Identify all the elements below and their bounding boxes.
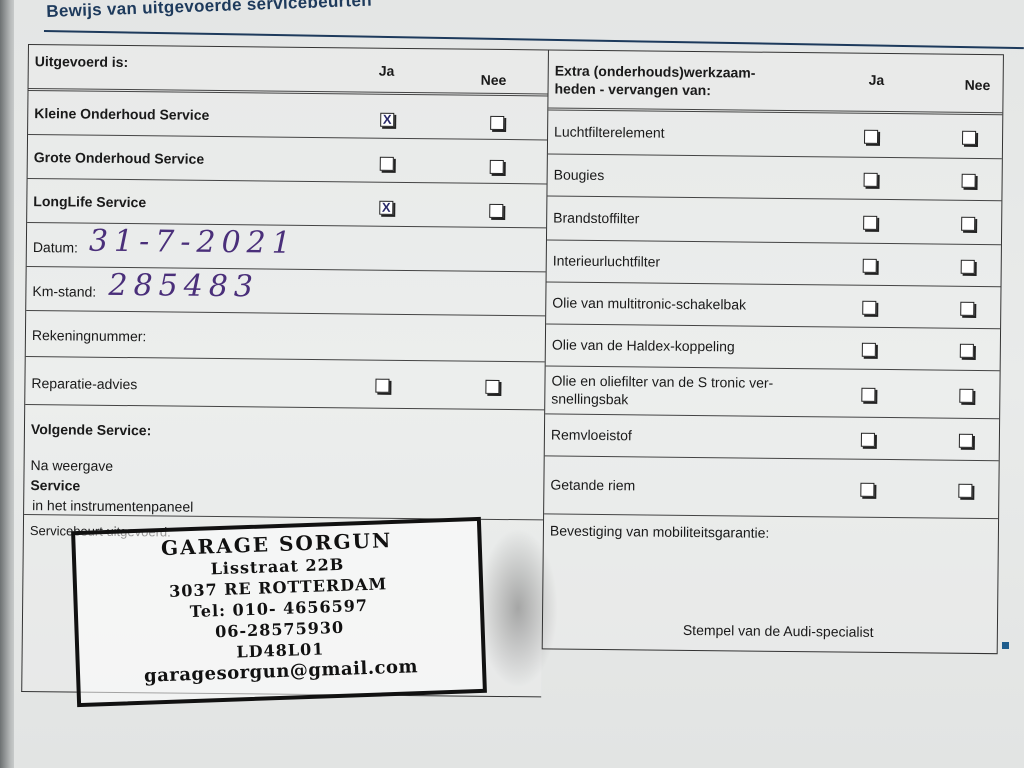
service-label: Kleine Onderhoud Service xyxy=(34,105,209,123)
extra-item-row: Olie van de Haldex-koppeling xyxy=(546,324,1000,371)
datum-label: Datum: xyxy=(33,239,78,255)
checkbox-extra-ja[interactable] xyxy=(864,173,878,187)
volgende-line1: Na weergave xyxy=(31,457,114,474)
reparatie-advies-row: Reparatie-advies xyxy=(25,357,544,410)
extra-item-row: Bougies xyxy=(547,154,1001,201)
extra-item-row: Interieurluchtfilter xyxy=(547,240,1001,287)
extra-item-label-cont: snellingsbak xyxy=(551,390,628,407)
rekeningnummer-row: Rekeningnummer: xyxy=(26,311,545,362)
checkbox-extra-ja[interactable] xyxy=(862,301,876,315)
checkbox-extra-nee[interactable] xyxy=(959,434,973,448)
checkbox-reparatie-ja[interactable] xyxy=(375,379,389,393)
checkbox-extra-nee[interactable] xyxy=(961,217,975,231)
extra-label-line1: Extra (onderhouds)werkzaam- xyxy=(555,63,756,81)
page-marker xyxy=(1002,642,1009,649)
nee-header: Nee xyxy=(965,77,991,93)
rekeningnummer-label: Rekeningnummer: xyxy=(32,327,147,344)
service-row-kleine: Kleine Onderhoud Service X xyxy=(28,91,547,140)
checkbox-extra-ja[interactable] xyxy=(864,130,878,144)
checkbox-extra-nee[interactable] xyxy=(960,344,974,358)
checkbox-grote-ja[interactable] xyxy=(380,157,394,171)
extra-item-row: Olie van multitronic-schakelbak xyxy=(546,282,1000,329)
checkbox-longlife-ja[interactable]: X xyxy=(379,201,393,215)
extra-item-label: Olie van de Haldex-koppeling xyxy=(552,337,735,355)
extra-item-label: Olie van multitronic-schakelbak xyxy=(552,295,746,313)
checkbox-extra-nee[interactable] xyxy=(958,484,972,498)
datum-value[interactable]: 31-7-2021 xyxy=(89,224,297,261)
stempel-label: Stempel van de Audi-specialist xyxy=(683,622,874,640)
extra-item-row: Luchtfilterelement xyxy=(548,110,1002,159)
checkbox-extra-ja[interactable] xyxy=(863,216,877,230)
km-stand-value[interactable]: 285483 xyxy=(108,268,259,305)
checkbox-extra-ja[interactable] xyxy=(861,433,875,447)
service-row-longlife: LongLife Service X xyxy=(27,179,546,228)
checkbox-extra-nee[interactable] xyxy=(960,302,974,316)
checkbox-reparatie-nee[interactable] xyxy=(485,380,499,394)
extra-item-row: Brandstoffilter xyxy=(547,196,1001,245)
checkbox-extra-ja[interactable] xyxy=(861,388,875,402)
garage-stamp: GARAGE SORGUN Lisstraat 22B 3037 RE ROTT… xyxy=(71,517,487,707)
extra-item-row: Olie en oliefilter van de S tronic ver-s… xyxy=(545,366,999,419)
service-label: LongLife Service xyxy=(33,193,146,210)
checkbox-extra-ja[interactable] xyxy=(863,259,877,273)
ja-header: Ja xyxy=(869,72,885,88)
right-section: Extra (onderhouds)werkzaam- heden - verv… xyxy=(542,49,1004,654)
extra-item-label: Brandstoffilter xyxy=(553,210,639,227)
right-header-row: Extra (onderhouds)werkzaam- heden - verv… xyxy=(548,50,1003,115)
checkbox-extra-nee[interactable] xyxy=(962,131,976,145)
checkbox-kleine-nee[interactable] xyxy=(490,116,504,130)
mobiliteit-block: Bevestiging van mobiliteitsgarantie: Ste… xyxy=(543,514,998,655)
checkbox-extra-nee[interactable] xyxy=(961,260,975,274)
extra-item-label: Bougies xyxy=(554,167,605,184)
extra-label-line2: heden - vervangen van: xyxy=(554,81,711,99)
checkbox-extra-ja[interactable] xyxy=(860,483,874,497)
mobiliteit-label: Bevestiging van mobiliteitsgarantie: xyxy=(550,522,770,540)
volgende-line2: Service xyxy=(30,477,80,494)
extra-item-row: Getande riem xyxy=(544,456,999,519)
ja-header: Ja xyxy=(379,63,395,79)
km-stand-label: Km-stand: xyxy=(32,283,96,300)
extra-item-label: Getande riem xyxy=(550,476,635,493)
checkbox-longlife-nee[interactable] xyxy=(489,204,503,218)
checkbox-grote-nee[interactable] xyxy=(490,160,504,174)
extra-item-row: Remvloeistof xyxy=(545,414,999,461)
reparatie-advies-label: Reparatie-advies xyxy=(31,375,137,392)
checkbox-extra-nee[interactable] xyxy=(959,389,973,403)
checkbox-kleine-ja[interactable]: X xyxy=(380,113,394,127)
service-row-grote: Grote Onderhoud Service xyxy=(28,135,547,184)
checkbox-extra-ja[interactable] xyxy=(862,343,876,357)
service-label: Grote Onderhoud Service xyxy=(34,149,205,167)
checkbox-extra-nee[interactable] xyxy=(962,174,976,188)
extra-item-label: Interieurluchtfilter xyxy=(553,253,661,270)
datum-row: Datum: 31-7-2021 xyxy=(27,223,546,272)
left-header-row: Uitgevoerd is: Ja Nee xyxy=(29,45,548,96)
volgende-line3: in het instrumentenpaneel xyxy=(32,497,193,515)
extra-item-label: Olie en oliefilter van de S tronic ver- xyxy=(551,373,773,391)
uitgevoerd-label: Uitgevoerd is: xyxy=(35,53,129,70)
ink-smudge xyxy=(478,528,558,688)
km-stand-row: Km-stand: 285483 xyxy=(26,267,545,316)
extra-item-label: Luchtfilterelement xyxy=(554,124,665,141)
volgende-service-label: Volgende Service: xyxy=(31,421,152,438)
nee-header: Nee xyxy=(481,72,507,88)
extra-item-label: Remvloeistof xyxy=(551,426,632,443)
volgende-service-row: Volgende Service: Na weergave Service in… xyxy=(24,405,544,520)
